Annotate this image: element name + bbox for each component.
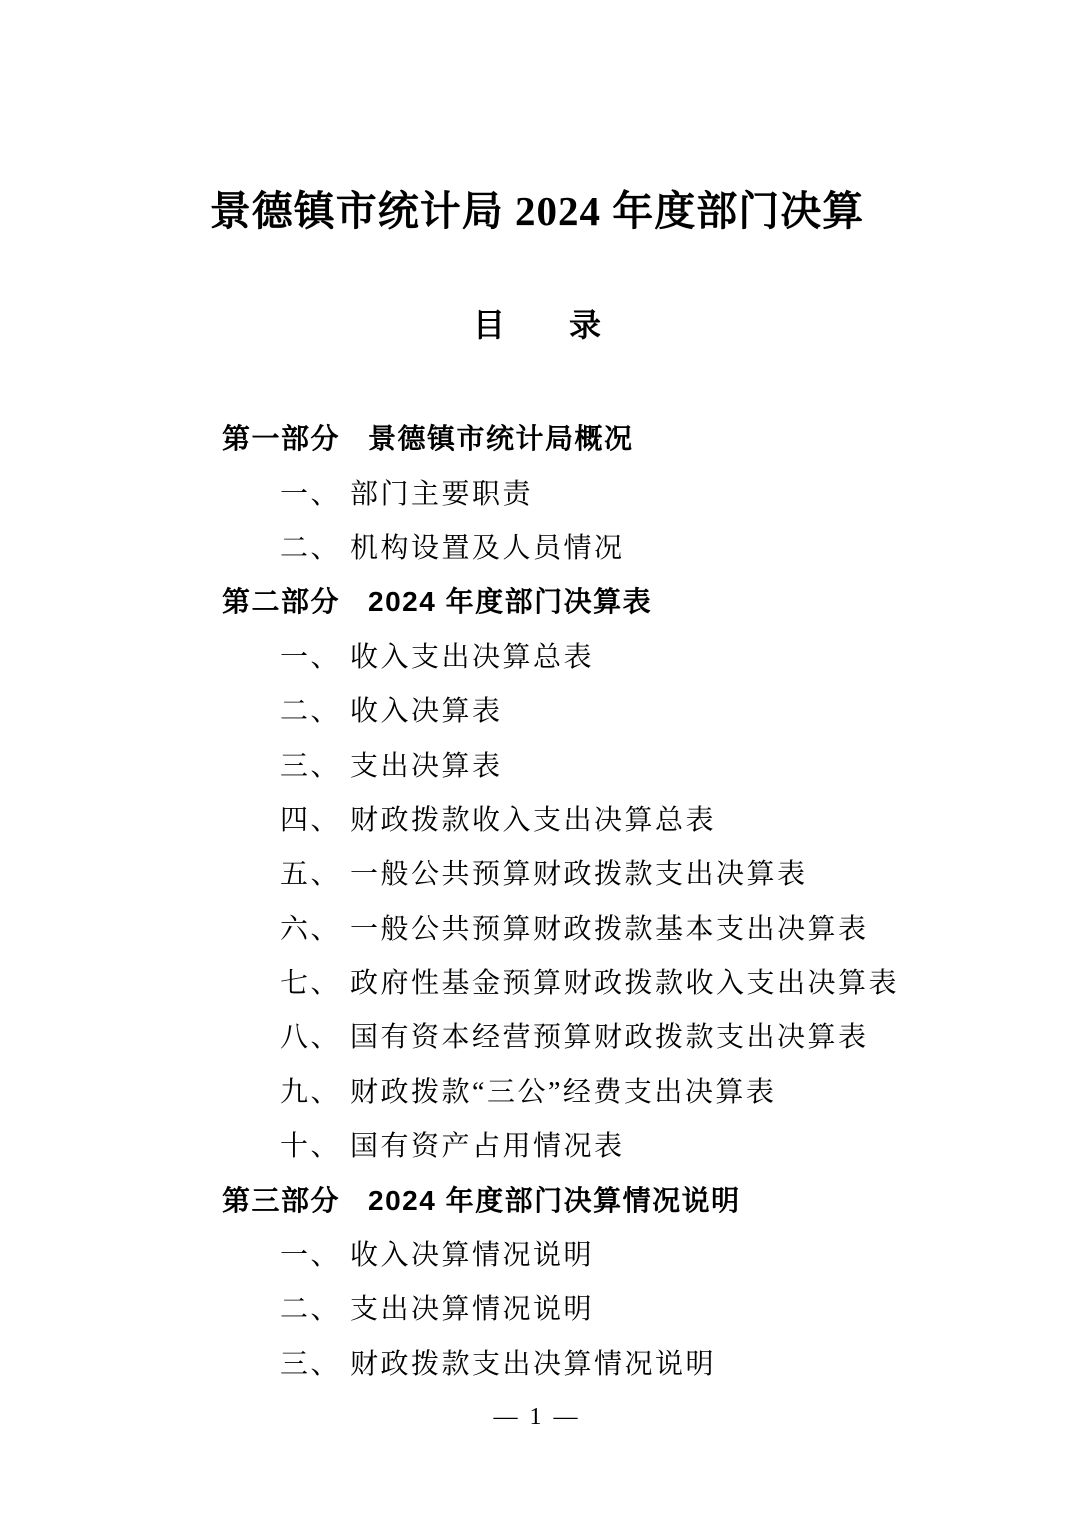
- toc-item-ordinal: 二、: [280, 1287, 341, 1327]
- toc-item-ordinal: 一、: [280, 1233, 341, 1273]
- doc-title: 景德镇市统计局 2024 年度部门决算: [0, 188, 1074, 235]
- toc-item-text: 收入决算表: [350, 689, 503, 729]
- toc-heading-char-1: 目: [473, 307, 505, 343]
- page-footer: — 1 —: [0, 1404, 1074, 1431]
- toc-part-label: 第一部分: [222, 417, 340, 457]
- toc-item: 一、 收入支出决算总表: [222, 628, 1034, 682]
- toc-item-ordinal: 一、: [280, 472, 341, 512]
- toc-item-ordinal: 二、: [280, 689, 341, 729]
- toc-part-title: 2024 年度部门决算表: [368, 580, 652, 620]
- toc-part-title: 景德镇市统计局概况: [368, 417, 634, 457]
- toc-item-ordinal: 四、: [280, 798, 341, 838]
- toc-item-text: 国有资产占用情况表: [350, 1124, 625, 1164]
- toc-item: 一、 收入决算情况说明: [222, 1226, 1034, 1280]
- toc-item-ordinal: 一、: [280, 635, 341, 675]
- toc-item: 二、 收入决算表: [222, 682, 1034, 736]
- toc-item-text: 支出决算表: [350, 744, 503, 784]
- toc-item-text: 国有资本经营预算财政拨款支出决算表: [350, 1015, 869, 1055]
- toc-item: 二、 机构设置及人员情况: [222, 519, 1034, 573]
- toc-item-text: 支出决算情况说明: [350, 1287, 594, 1327]
- toc-item-text: 政府性基金预算财政拨款收入支出决算表: [350, 961, 899, 1001]
- toc-item-text: 一般公共预算财政拨款支出决算表: [350, 852, 808, 892]
- toc-part-label: 第三部分: [222, 1179, 340, 1219]
- toc-item-text: 财政拨款收入支出决算总表: [350, 798, 716, 838]
- toc-item-text: 一般公共预算财政拨款基本支出决算表: [350, 907, 869, 947]
- toc-item-text: 收入决算情况说明: [350, 1233, 594, 1273]
- toc-part-title: 2024 年度部门决算情况说明: [368, 1179, 741, 1219]
- toc-item-text: 部门主要职责: [350, 472, 533, 512]
- toc-list: 第一部分 景德镇市统计局概况 一、 部门主要职责 二、 机构设置及人员情况 第二…: [222, 410, 1034, 1389]
- toc-item-ordinal: 三、: [280, 744, 341, 784]
- toc-item-text: 财政拨款支出决算情况说明: [350, 1342, 716, 1382]
- toc-item-text: 机构设置及人员情况: [350, 526, 625, 566]
- toc-item-text: 收入支出决算总表: [350, 635, 594, 675]
- page-number: — 1 —: [494, 1404, 581, 1430]
- toc-part-label: 第二部分: [222, 580, 340, 620]
- toc-item-ordinal: 十、: [280, 1124, 341, 1164]
- toc-item: 七、 政府性基金预算财政拨款收入支出决算表: [222, 954, 1034, 1008]
- toc-item: 一、 部门主要职责: [222, 464, 1034, 518]
- toc-item: 三、 财政拨款支出决算情况说明: [222, 1335, 1034, 1389]
- toc-part-1-heading: 第一部分 景德镇市统计局概况: [222, 410, 1034, 464]
- toc-item-ordinal: 八、: [280, 1015, 341, 1055]
- toc-item-ordinal: 九、: [280, 1070, 341, 1110]
- toc-item-ordinal: 七、: [280, 961, 341, 1001]
- toc-item: 四、 财政拨款收入支出决算总表: [222, 791, 1034, 845]
- toc-item: 五、 一般公共预算财政拨款支出决算表: [222, 845, 1034, 899]
- toc-item: 九、 财政拨款“三公”经费支出决算表: [222, 1063, 1034, 1117]
- document-page: 景德镇市统计局 2024 年度部门决算 目录 第一部分 景德镇市统计局概况 一、…: [0, 0, 1074, 1520]
- toc-part-2-heading: 第二部分 2024 年度部门决算表: [222, 573, 1034, 627]
- toc-heading: 目录: [0, 306, 1074, 344]
- toc-item-ordinal: 六、: [280, 907, 341, 947]
- toc-item: 六、 一般公共预算财政拨款基本支出决算表: [222, 900, 1034, 954]
- toc-item: 三、 支出决算表: [222, 736, 1034, 790]
- toc-item-ordinal: 二、: [280, 526, 341, 566]
- toc-part-3-heading: 第三部分 2024 年度部门决算情况说明: [222, 1171, 1034, 1225]
- toc-item-ordinal: 三、: [280, 1342, 341, 1382]
- toc-item: 二、 支出决算情况说明: [222, 1280, 1034, 1334]
- toc-item-ordinal: 五、: [280, 852, 341, 892]
- toc-item-text: 财政拨款“三公”经费支出决算表: [350, 1070, 776, 1110]
- toc-item: 八、 国有资本经营预算财政拨款支出决算表: [222, 1008, 1034, 1062]
- toc-item: 十、 国有资产占用情况表: [222, 1117, 1034, 1171]
- toc-heading-char-2: 录: [569, 307, 601, 343]
